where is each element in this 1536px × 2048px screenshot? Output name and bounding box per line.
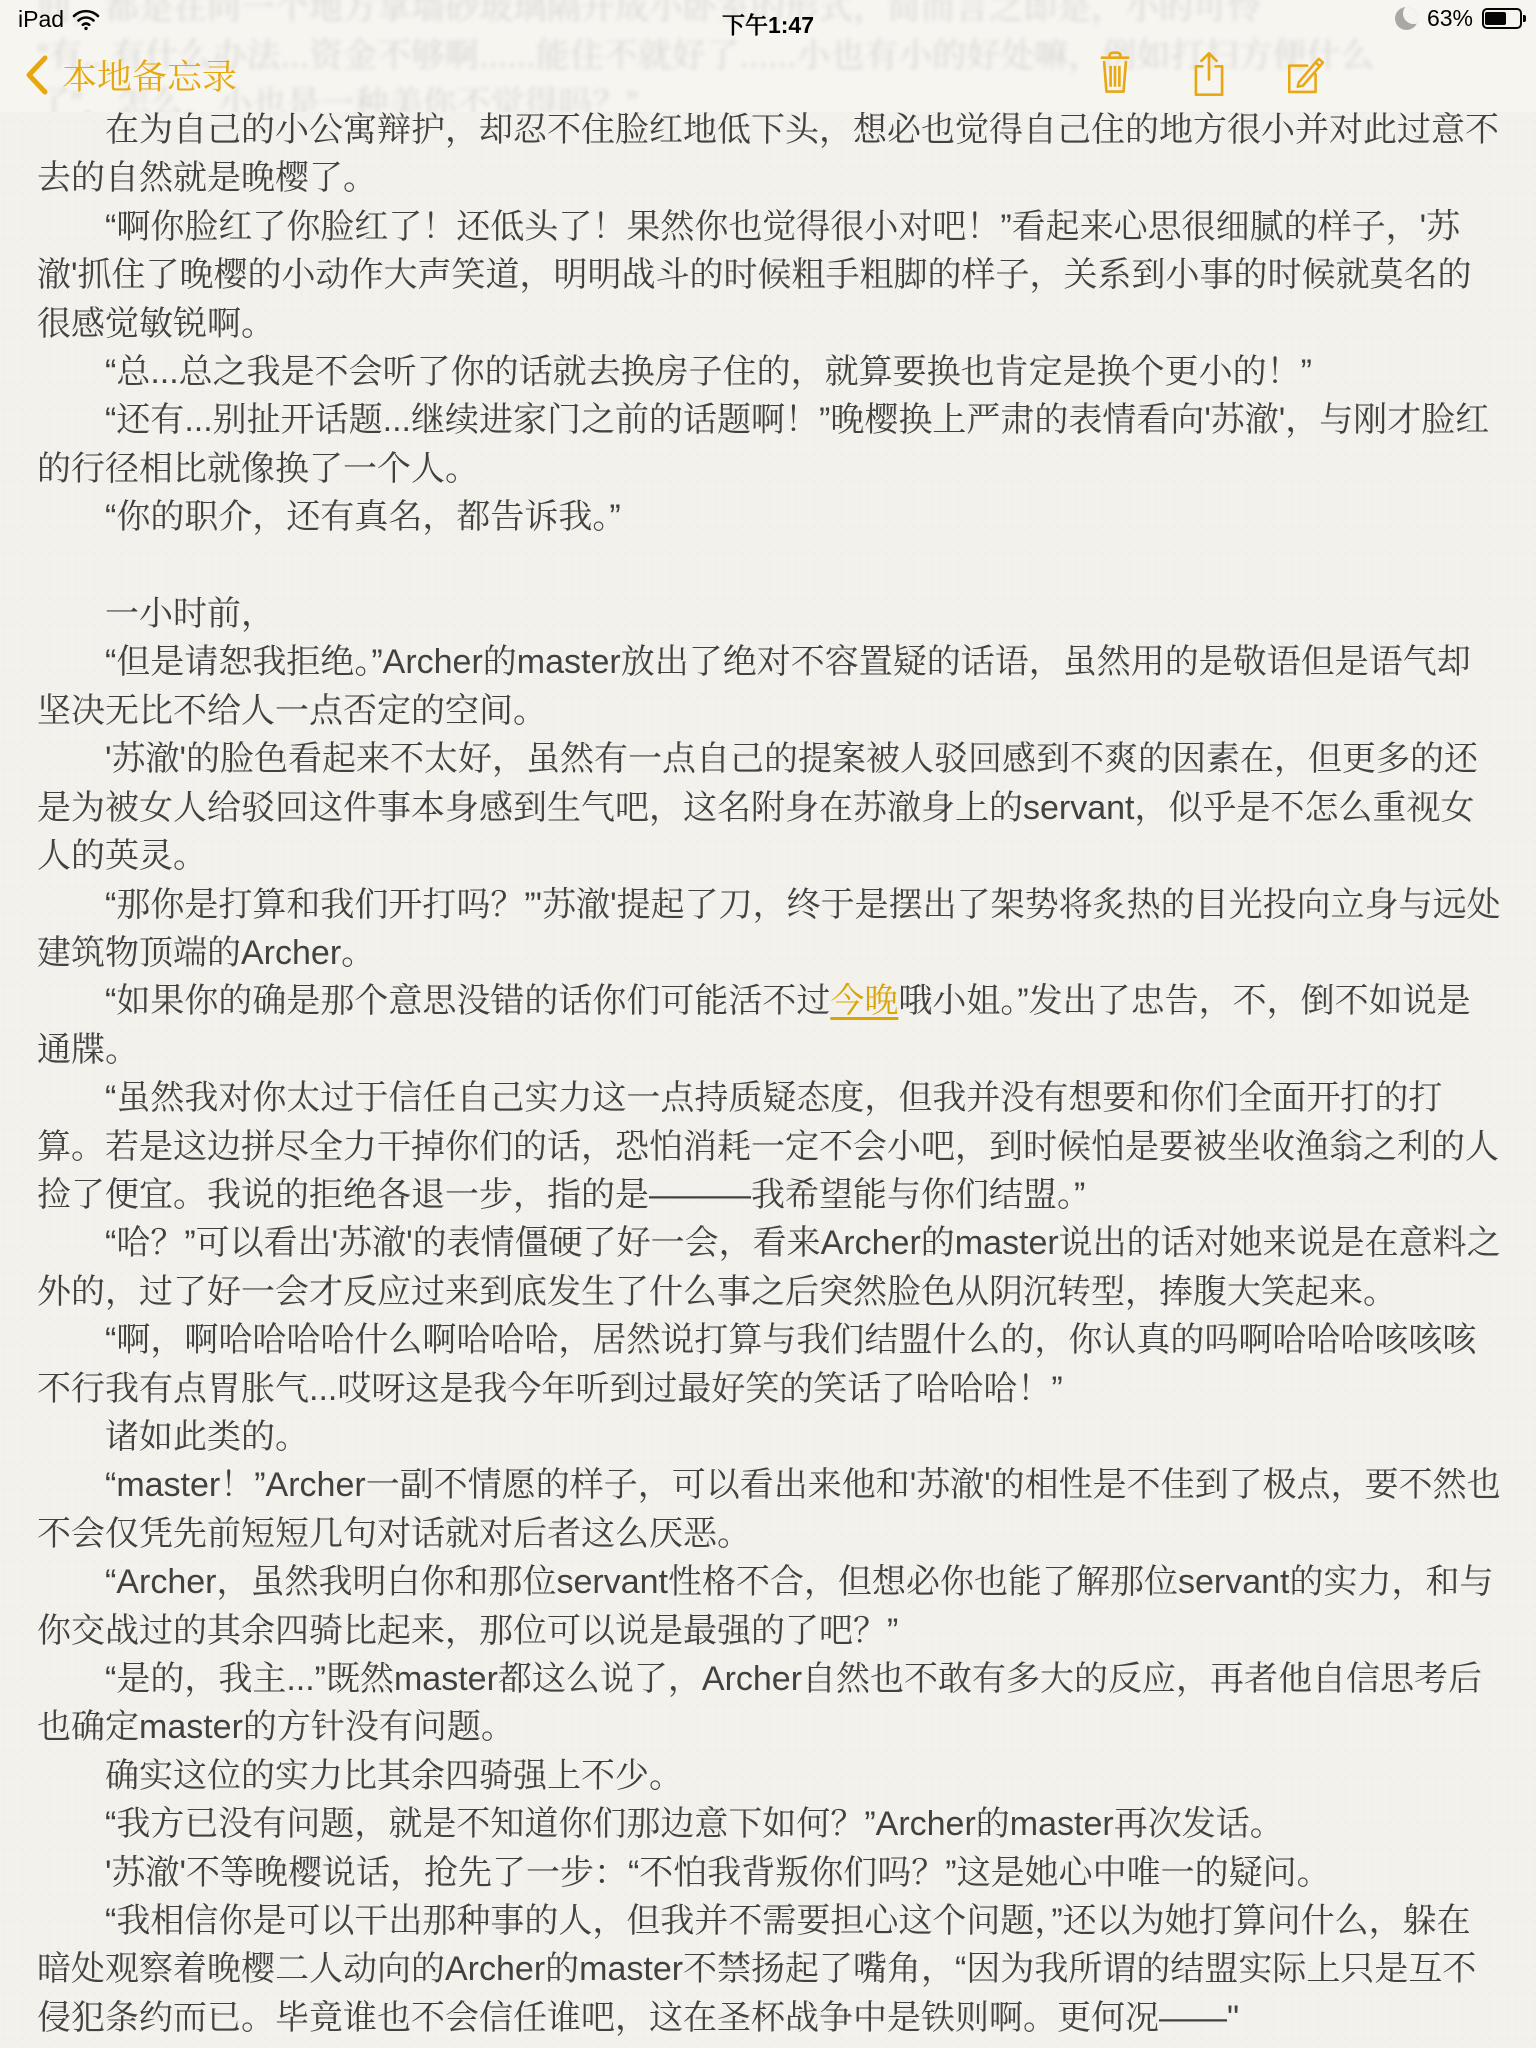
note-text: “Archer，虽然我明白你和那位servant性格不合，但想必你也能了解那位s… xyxy=(37,1563,1493,1649)
do-not-disturb-moon-icon xyxy=(1395,7,1418,30)
note-text: “啊，啊哈哈哈哈什么啊哈哈哈，居然说打算与我们结盟什么的，你认真的吗啊哈哈哈咳咳… xyxy=(37,1321,1476,1407)
device-label: iPad xyxy=(18,6,64,33)
note-text: “你的职介，还有真名，都告诉我。” xyxy=(105,498,621,536)
note-paragraph xyxy=(37,542,1502,590)
trash-icon xyxy=(1096,50,1134,96)
note-text: “但是请恕我拒绝。”Archer的master放出了绝对不容置疑的话语，虽然用的… xyxy=(37,643,1471,729)
note-text: 一小时前， xyxy=(105,595,275,633)
note-text: “虽然我对你太过于信任自己实力这一点持质疑态度，但我并没有想要和你们全面开打的打… xyxy=(37,1079,1499,1214)
compose-button[interactable] xyxy=(1284,50,1328,100)
note-text: “总...总之我是不会听了你的话就去换房子住的，就算要换也肯定是换个更小的！” xyxy=(105,353,1312,391)
note-paragraph: “啊你脸红了你脸红了！还低头了！果然你也觉得很小对吧！”看起来心思很细腻的样子，… xyxy=(37,203,1502,348)
note-paragraph: “那你是打算和我们开打吗？”'苏澈'提起了刀，终于是摆出了架势将炙热的目光投向立… xyxy=(37,881,1502,978)
note-paragraph: “我相信你是可以干出那种事的人，但我并不需要担心这个问题，”还以为她打算问什么，… xyxy=(37,1897,1502,2042)
note-paragraph: “你的职介，还有真名，都告诉我。” xyxy=(37,493,1502,541)
battery-icon xyxy=(1482,8,1522,29)
note-paragraph: '苏澈'不等晚樱说话，抢先了一步：“不怕我背叛你们吗？”这是她心中唯一的疑问。 xyxy=(37,1849,1502,1897)
battery-percent: 63% xyxy=(1427,5,1473,32)
note-text: “哈？”可以看出'苏澈'的表情僵硬了好一会，看来Archer的master说出的… xyxy=(37,1224,1501,1310)
note-paragraph: 确实这位的实力比其余四骑强上不少。 xyxy=(37,1752,1502,1800)
note-text: 在为自己的小公寓辩护，却忍不住脸红地低下头，想必也觉得自己住的地方很小并对此过意… xyxy=(37,111,1499,197)
note-paragraph: “是的，我主...”既然master都这么说了，Archer自然也不敢有多大的反… xyxy=(37,1655,1502,1752)
note-paragraph: “虽然我对你太过于信任自己实力这一点持质疑态度，但我并没有想要和你们全面开打的打… xyxy=(37,1074,1502,1219)
note-paragraph: “master！”Archer一副不情愿的样子，可以看出来他和'苏澈'的相性是不… xyxy=(37,1461,1502,1558)
nav-bar: 本地备忘录 xyxy=(0,40,1536,112)
note-text: 确实这位的实力比其余四骑强上不少。 xyxy=(105,1757,683,1795)
chevron-left-icon xyxy=(24,53,50,97)
compose-icon xyxy=(1284,50,1324,96)
note-paragraph: 一小时前， xyxy=(37,590,1502,638)
header-bar: 间，都是在同一个地方拿墙砂玻璃隔开成小卧室的形式，简而言之即是，小的可怜 “有.… xyxy=(0,0,1536,112)
note-text: '苏澈'的脸色看起来不太好，虽然有一点自己的提案被人驳回感到不爽的因素在，但更多… xyxy=(37,740,1478,875)
note-text: 诸如此类的。 xyxy=(105,1418,309,1456)
back-button-label: 本地备忘录 xyxy=(62,50,237,100)
note-text: “我相信你是可以干出那种事的人，但我并不需要担心这个问题，”还以为她打算问什么，… xyxy=(37,1902,1476,2037)
note-text: “还有...别扯开话题...继续进家门之前的话题啊！”晚樱换上严肃的表情看向'苏… xyxy=(37,401,1489,487)
share-icon xyxy=(1190,50,1228,98)
note-text: '苏澈'不等晚樱说话，抢先了一步：“不怕我背叛你们吗？”这是她心中唯一的疑问。 xyxy=(105,1854,1331,1892)
note-text: “如果你的确是那个意思没错的话你们可能活不过 xyxy=(105,982,830,1020)
note-paragraph: 在为自己的小公寓辩护，却忍不住脸红地低下头，想必也觉得自己住的地方很小并对此过意… xyxy=(37,106,1502,203)
share-button[interactable] xyxy=(1190,50,1234,100)
note-paragraph: '苏澈'的脸色看起来不太好，虽然有一点自己的提案被人驳回感到不爽的因素在，但更多… xyxy=(37,735,1502,880)
note-text: “那你是打算和我们开打吗？”'苏澈'提起了刀，终于是摆出了架势将炙热的目光投向立… xyxy=(37,886,1501,972)
note-paragraph: “啊，啊哈哈哈哈什么啊哈哈哈，居然说打算与我们结盟什么的，你认真的吗啊哈哈哈咳咳… xyxy=(37,1316,1502,1413)
note-text: “master！”Archer一副不情愿的样子，可以看出来他和'苏澈'的相性是不… xyxy=(37,1466,1501,1552)
wifi-icon xyxy=(72,9,100,31)
status-bar: iPad 下午1:47 63% xyxy=(0,0,1536,40)
note-paragraph: “总...总之我是不会听了你的话就去换房子住的，就算要换也肯定是换个更小的！” xyxy=(37,348,1502,396)
back-button[interactable]: 本地备忘录 xyxy=(24,50,237,100)
note-paragraph: “还有...别扯开话题...继续进家门之前的话题啊！”晚樱换上严肃的表情看向'苏… xyxy=(37,396,1502,493)
note-text: “啊你脸红了你脸红了！还低头了！果然你也觉得很小对吧！”看起来心思很细腻的样子，… xyxy=(37,208,1472,343)
note-paragraph: “我方已没有问题，就是不知道你们那边意下如何？”Archer的master再次发… xyxy=(37,1800,1502,1848)
note-paragraph: “但是请恕我拒绝。”Archer的master放出了绝对不容置疑的话语，虽然用的… xyxy=(37,638,1502,735)
tonight-link[interactable]: 今晚 xyxy=(830,982,898,1020)
note-paragraph: “Archer，虽然我明白你和那位servant性格不合，但想必你也能了解那位s… xyxy=(37,1558,1502,1655)
note-body[interactable]: 在为自己的小公寓辩护，却忍不住脸红地低下头，想必也觉得自己住的地方很小并对此过意… xyxy=(0,106,1536,2048)
notes-app-screen: 间，都是在同一个地方拿墙砂玻璃隔开成小卧室的形式，简而言之即是，小的可怜 “有.… xyxy=(0,0,1536,2048)
trash-button[interactable] xyxy=(1096,50,1140,100)
note-paragraph: “如果你的确是那个意思没错的话你们可能活不过今晚哦小姐。”发出了忠告，不，倒不如… xyxy=(37,977,1502,1074)
note-paragraph: “哈？”可以看出'苏澈'的表情僵硬了好一会，看来Archer的master说出的… xyxy=(37,1219,1502,1316)
note-paragraph: 诸如此类的。 xyxy=(37,1413,1502,1461)
note-text: “我方已没有问题，就是不知道你们那边意下如何？”Archer的master再次发… xyxy=(105,1805,1284,1843)
clock: 下午1:47 xyxy=(722,7,814,40)
note-text: “是的，我主...”既然master都这么说了，Archer自然也不敢有多大的反… xyxy=(37,1660,1482,1746)
